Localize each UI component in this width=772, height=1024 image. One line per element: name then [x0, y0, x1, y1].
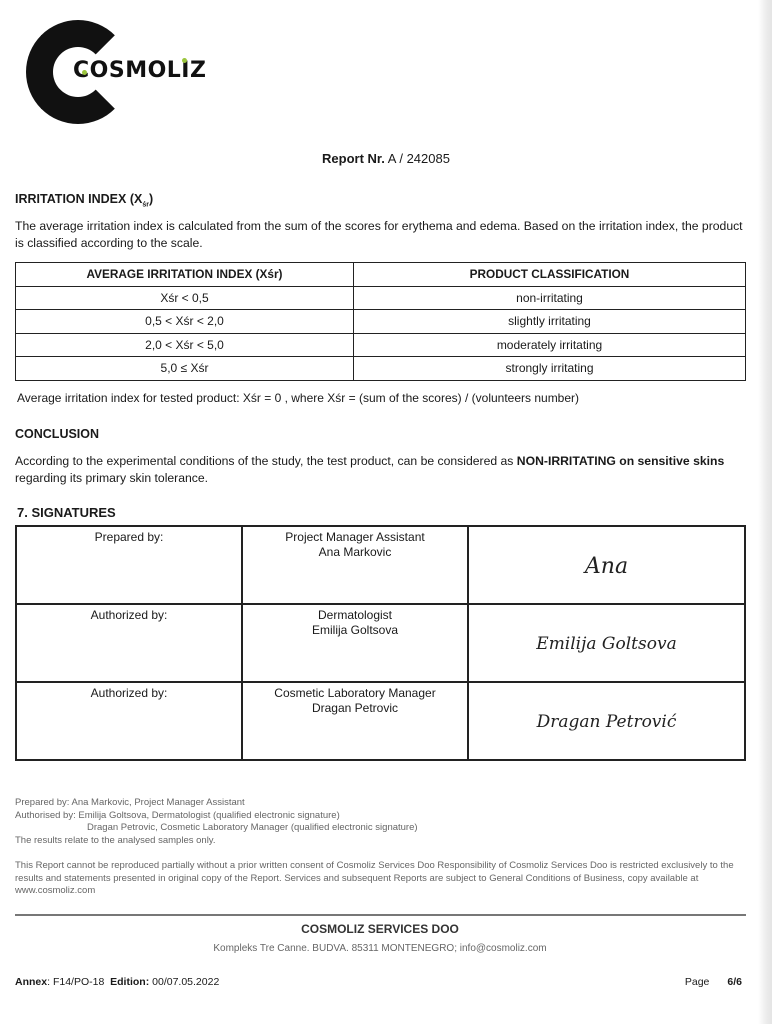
conclusion-text: According to the experimental conditions… — [15, 453, 745, 487]
signature-row: Authorized by: Dermatologist Emilija Gol… — [16, 604, 745, 682]
signer-name: Emilija Goltsova — [243, 623, 467, 638]
column-header: PRODUCT CLASSIFICATION — [354, 263, 746, 287]
disclaimer: This Report cannot be reproduced partial… — [15, 860, 735, 898]
logo-i-dot — [182, 58, 187, 63]
logo-accent-dot — [82, 70, 87, 75]
conclusion-verdict: NON-IRRITATING on sensitive skins — [517, 454, 724, 468]
report-number-value: A / 242085 — [388, 151, 450, 166]
authorised-note-2: Dragan Petrovic, Cosmetic Laboratory Man… — [15, 822, 735, 835]
signatures-heading: 7. SIGNATURES — [17, 505, 116, 520]
signer-title: Cosmetic Laboratory Manager — [243, 686, 467, 701]
index-range: 2,0 < Xśr < 5,0 — [16, 333, 354, 357]
irritation-result-note: Average irritation index for tested prod… — [17, 391, 579, 405]
signer-name: Dragan Petrovic — [243, 701, 467, 716]
classification: non-irritating — [354, 286, 746, 310]
document-annex: Annex: F14/PO-18 Edition: 00/07.05.2022 — [15, 976, 219, 988]
role-label: Prepared by: — [16, 526, 242, 604]
footer-notes: Prepared by: Ana Markovic, Project Manag… — [15, 797, 735, 847]
table-row: 0,5 < Xśr < 2,0 slightly irritating — [16, 310, 746, 334]
prepared-note: Prepared by: Ana Markovic, Project Manag… — [15, 797, 735, 810]
classification: slightly irritating — [354, 310, 746, 334]
page-number: Page6/6 — [685, 976, 742, 988]
report-number: Report Nr. A / 242085 — [0, 151, 772, 166]
conclusion-heading: CONCLUSION — [15, 427, 99, 441]
signer-info: Dermatologist Emilija Goltsova — [242, 604, 468, 682]
role-label: Authorized by: — [16, 682, 242, 760]
signer-info: Cosmetic Laboratory Manager Dragan Petro… — [242, 682, 468, 760]
table-row: Xśr < 0,5 non-irritating — [16, 286, 746, 310]
company-address: Kompleks Tre Canne. BUDVA. 85311 MONTENE… — [0, 943, 760, 954]
classification: strongly irritating — [354, 357, 746, 381]
classification: moderately irritating — [354, 333, 746, 357]
results-note: The results relate to the analysed sampl… — [15, 835, 735, 848]
cosmoliz-logo: COSMOLIZ — [26, 20, 216, 130]
signature-row: Prepared by: Project Manager Assistant A… — [16, 526, 745, 604]
column-header: AVERAGE IRRITATION INDEX (Xśr) — [16, 263, 354, 287]
signature-image: Emilija Goltsova — [468, 604, 745, 682]
signer-title: Project Manager Assistant — [243, 530, 467, 545]
footer-divider — [15, 914, 746, 916]
company-name: COSMOLIZ SERVICES DOO — [0, 922, 760, 936]
irritation-description: The average irritation index is calculat… — [15, 218, 745, 252]
authorised-note-1: Authorised by: Emilija Goltsova, Dermato… — [15, 810, 735, 823]
signer-name: Ana Markovic — [243, 545, 467, 560]
signatures-table: Prepared by: Project Manager Assistant A… — [15, 525, 746, 761]
index-range: 5,0 ≤ Xśr — [16, 357, 354, 381]
signature-row: Authorized by: Cosmetic Laboratory Manag… — [16, 682, 745, 760]
signature-image: Dragan Petrović — [468, 682, 745, 760]
index-range: Xśr < 0,5 — [16, 286, 354, 310]
irritation-scale-table: AVERAGE IRRITATION INDEX (Xśr) PRODUCT C… — [15, 262, 746, 381]
signer-info: Project Manager Assistant Ana Markovic — [242, 526, 468, 604]
role-label: Authorized by: — [16, 604, 242, 682]
report-number-label: Report Nr. — [322, 151, 385, 166]
table-row: 5,0 ≤ Xśr strongly irritating — [16, 357, 746, 381]
signature-image: Ana — [468, 526, 745, 604]
table-header-row: AVERAGE IRRITATION INDEX (Xśr) PRODUCT C… — [16, 263, 746, 287]
signer-title: Dermatologist — [243, 608, 467, 623]
table-row: 2,0 < Xśr < 5,0 moderately irritating — [16, 333, 746, 357]
index-range: 0,5 < Xśr < 2,0 — [16, 310, 354, 334]
irritation-index-heading: IRRITATION INDEX (Xśr) — [15, 192, 153, 209]
